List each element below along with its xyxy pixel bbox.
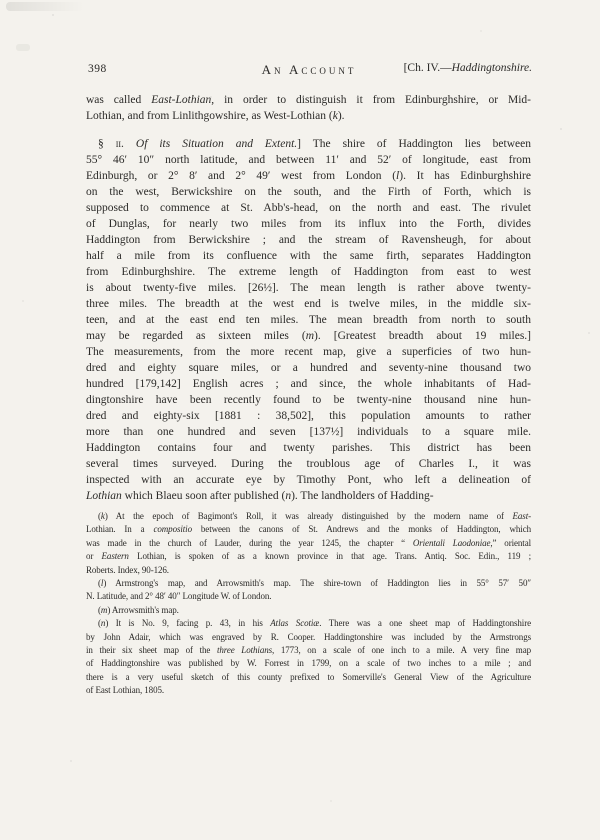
- chapter-header: [Ch. IV.—Haddingtonshire.: [404, 62, 532, 74]
- text-line: three miles. The breadth at the west end…: [86, 296, 531, 312]
- text-segment: East-: [513, 511, 532, 521]
- text-segment: The measurements, from the more recent m…: [86, 346, 531, 358]
- text-segment: hundred [179,142] English acres ; and si…: [86, 378, 531, 390]
- text-line: Edinburgh, or 2° 8′ and 2° 49′ west from…: [86, 168, 531, 184]
- text-line: half a mile from its confluence with the…: [86, 248, 531, 264]
- text-line: several times surveyed. During the troub…: [86, 456, 531, 472]
- text-segment: on the west, Berwickshire on the south, …: [86, 186, 531, 198]
- text-line: in their six sheet map of the three Loth…: [86, 644, 531, 657]
- text-segment: between the canons of St. Andrews and th…: [192, 524, 531, 534]
- text-line: of East Lothian, 1805.: [86, 684, 531, 697]
- page-header: 398 An Account [Ch. IV.—Haddingtonshire.: [86, 62, 532, 78]
- text-segment: was called: [86, 94, 151, 106]
- text-segment: Haddington contains four and twenty pari…: [86, 442, 531, 454]
- text-segment: ) Arrowsmith's map.: [107, 605, 178, 615]
- text-segment: § ii.: [98, 138, 136, 150]
- text-line: was made in the church of Lauder, during…: [86, 537, 531, 550]
- text-segment: ). [Greatest breadth about 19 miles.]: [314, 330, 531, 342]
- text-segment: supposed to commence at St. Abb's-head, …: [86, 202, 531, 214]
- scan-smudge: [16, 44, 30, 51]
- text-line: dred and eighty square miles, or a hundr…: [86, 360, 531, 376]
- text-line: dred and eighty-six [1881 : 38,502], thi…: [86, 408, 531, 424]
- text-segment: which Blaeu soon after published (: [122, 490, 286, 502]
- text-segment: several times surveyed. During the troub…: [86, 458, 531, 470]
- text-segment: Haddington from Berwickshire ; and the s…: [86, 234, 531, 246]
- text-line: more than one hundred and seven [137½] i…: [86, 424, 531, 440]
- text-line: teen, and at the east end ten miles. The…: [86, 312, 531, 328]
- chapter-header-county: Haddingtonshire.: [452, 62, 532, 74]
- text-segment: ). The landholders of Hadding-: [291, 490, 434, 502]
- text-segment: three Lothians: [217, 645, 272, 655]
- text-line: from Edinburghshire. The extreme length …: [86, 264, 531, 280]
- text-segment: Edinburgh, or 2° 8′ and 2° 49′ west from…: [86, 170, 396, 182]
- text-segment: Orientali Laodoniae: [413, 538, 491, 548]
- text-segment: Lothian, and from Linlithgowshire, as We…: [86, 110, 333, 122]
- footnotes: (k) At the epoch of Bagimont's Roll, it …: [86, 510, 531, 698]
- footnote-paragraph: (l) Armstrong's map, and Arrowsmith's ma…: [86, 577, 531, 604]
- text-segment: N. Latitude, and 2° 48′ 40″ Longitude W.…: [86, 591, 271, 601]
- page-number: 398: [88, 63, 107, 75]
- text-segment: was made in the church of Lauder, during…: [86, 538, 413, 548]
- text-segment: Lothian, is spoken of as a known provinc…: [129, 551, 531, 561]
- text-line: 55° 46′ 10″ north latitude, and between …: [86, 152, 531, 168]
- text-segment: inspected with an accurate eye by Timoth…: [86, 474, 531, 486]
- body-paragraph: § ii. Of its Situation and Extent.] The …: [86, 136, 531, 504]
- chapter-header-prefix: [Ch. IV.—: [404, 62, 452, 74]
- text-segment: Atlas Scotiæ: [270, 618, 319, 628]
- text-segment: may be regarded as sixteen miles (: [86, 330, 306, 342]
- text-line: is about twenty-five miles. [26½]. The m…: [86, 280, 531, 296]
- text-segment: in their six sheet map of the: [86, 645, 217, 655]
- text-segment: ,” oriental: [490, 538, 531, 548]
- footnote-paragraph: (n) It is No. 9, facing p. 43, in his At…: [86, 617, 531, 697]
- text-segment: by John Adair, which was engraved by R. …: [86, 632, 531, 642]
- text-segment: 55° 46′ 10″ north latitude, and between …: [86, 154, 531, 166]
- text-segment: compositio: [153, 524, 192, 534]
- text-line: on the west, Berwickshire on the south, …: [86, 184, 531, 200]
- text-line: supposed to commence at St. Abb's-head, …: [86, 200, 531, 216]
- text-line: Haddington from Berwickshire ; and the s…: [86, 232, 531, 248]
- text-segment: or: [86, 551, 102, 561]
- text-segment: ).: [338, 110, 345, 122]
- text-line: N. Latitude, and 2° 48′ 40″ Longitude W.…: [86, 590, 531, 603]
- text-segment: Lothian. In a: [86, 524, 153, 534]
- text-line: (k) At the epoch of Bagimont's Roll, it …: [86, 510, 531, 523]
- text-line: of Dunglas, for nearly two miles from it…: [86, 216, 531, 232]
- text-line: Lothian, and from Linlithgowshire, as We…: [86, 108, 531, 124]
- footnote-paragraph: (k) At the epoch of Bagimont's Roll, it …: [86, 510, 531, 577]
- text-line: Lothian. In a compositio between the can…: [86, 523, 531, 536]
- text-segment: . There was a one sheet map of Haddingto…: [319, 618, 531, 628]
- text-line: by John Adair, which was engraved by R. …: [86, 631, 531, 644]
- text-segment: more than one hundred and seven [137½] i…: [86, 426, 531, 438]
- text-line: was called East-Lothian, in order to dis…: [86, 92, 531, 108]
- text-line: (n) It is No. 9, facing p. 43, in his At…: [86, 617, 531, 630]
- text-line: (l) Armstrong's map, and Arrowsmith's ma…: [86, 577, 531, 590]
- text-line: The measurements, from the more recent m…: [86, 344, 531, 360]
- text-segment: East-Lothian: [151, 94, 211, 106]
- running-title: An Account: [262, 62, 357, 78]
- text-segment: ) At the epoch of Bagimont's Roll, it wa…: [105, 511, 513, 521]
- text-segment: there is a very useful sketch of this co…: [86, 672, 531, 682]
- text-line: Roberts. Index, 90-126.: [86, 564, 531, 577]
- text-line: may be regarded as sixteen miles (m). [G…: [86, 328, 531, 344]
- text-segment: Of its Situation and Extent.: [136, 138, 297, 150]
- text-segment: Lothian: [86, 490, 122, 502]
- text-segment: from Edinburghshire. The extreme length …: [86, 266, 531, 278]
- text-segment: dingtonshire have been recently found to…: [86, 394, 531, 406]
- text-segment: , in order to distinguish it from Edinbu…: [211, 94, 531, 106]
- text-segment: is about twenty-five miles. [26½]. The m…: [86, 282, 531, 294]
- scan-smudge: [6, 2, 84, 11]
- text-line: of Haddingtonshire was published by W. F…: [86, 657, 531, 670]
- text-segment: dred and eighty-six [1881 : 38,502], thi…: [86, 410, 531, 422]
- text-segment: Roberts. Index, 90-126.: [86, 565, 169, 575]
- text-segment: ) Armstrong's map, and Arrowsmith's map.…: [103, 578, 531, 588]
- text-segment: of East Lothian, 1805.: [86, 685, 164, 695]
- book-page: 398 An Account [Ch. IV.—Haddingtonshire.…: [0, 0, 600, 840]
- text-segment: three miles. The breadth at the west end…: [86, 298, 531, 310]
- text-segment: ). It has Edinburghshire: [399, 170, 531, 182]
- footnote-paragraph: (m) Arrowsmith's map.: [86, 604, 531, 617]
- text-line: or Eastern Lothian, is spoken of as a kn…: [86, 550, 531, 563]
- body-text: was called East-Lothian, in order to dis…: [86, 92, 531, 504]
- text-line: Haddington contains four and twenty pari…: [86, 440, 531, 456]
- text-line: Lothian which Blaeu soon after published…: [86, 488, 531, 504]
- text-segment: of Haddingtonshire was published by W. F…: [86, 658, 531, 668]
- text-line: § ii. Of its Situation and Extent.] The …: [86, 136, 531, 152]
- text-segment: of Dunglas, for nearly two miles from it…: [86, 218, 531, 230]
- text-segment: dred and eighty square miles, or a hundr…: [86, 362, 531, 374]
- text-segment: m: [306, 330, 314, 342]
- text-line: inspected with an accurate eye by Timoth…: [86, 472, 531, 488]
- text-segment: ] The shire of Haddington lies between: [297, 138, 531, 150]
- text-line: there is a very useful sketch of this co…: [86, 671, 531, 684]
- text-line: hundred [179,142] English acres ; and si…: [86, 376, 531, 392]
- text-line: dingtonshire have been recently found to…: [86, 392, 531, 408]
- scan-specks: [0, 0, 2, 2]
- text-segment: Eastern: [102, 551, 129, 561]
- body-paragraph: was called East-Lothian, in order to dis…: [86, 92, 531, 124]
- text-segment: half a mile from its confluence with the…: [86, 250, 531, 262]
- text-line: (m) Arrowsmith's map.: [86, 604, 531, 617]
- text-segment: ) It is No. 9, facing p. 43, in his: [105, 618, 270, 628]
- text-segment: , 1773, on a scale of one inch to a mile…: [272, 645, 531, 655]
- text-segment: teen, and at the east end ten miles. The…: [86, 314, 531, 326]
